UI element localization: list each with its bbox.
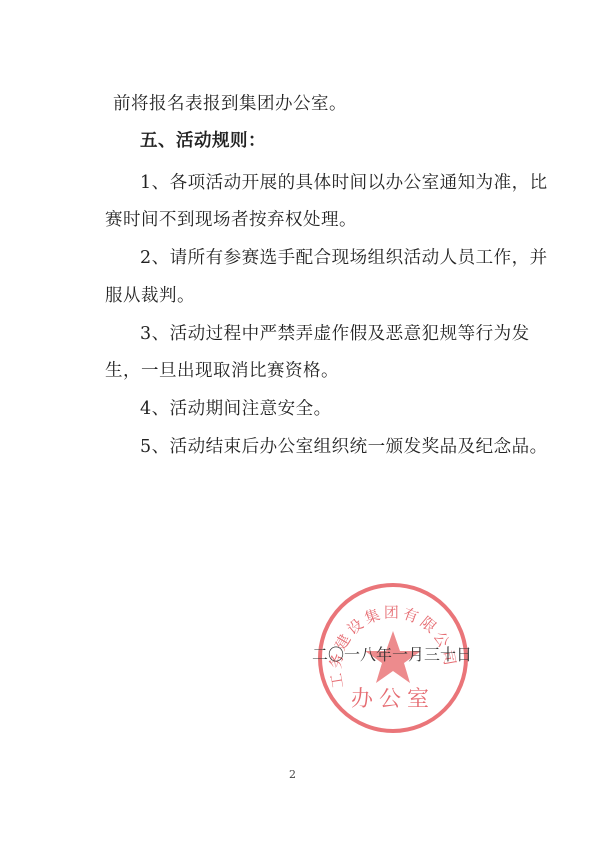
rule-1-line-1: 1、各项活动开展的具体时间以办公室通知为准，比 (140, 169, 548, 194)
seal-center-text: 办公室 (322, 682, 464, 713)
rule-1-line-2: 赛时间不到现场者按弃权处理。 (105, 206, 357, 231)
section-heading: 五、活动规则： (140, 127, 266, 152)
rule-3-line-2: 生，一旦出现取消比赛资格。 (105, 357, 339, 382)
page-number: 2 (289, 768, 296, 781)
rule-2-line-2: 服从裁判。 (105, 282, 195, 307)
rule-5: 5、活动结束后办公室组织统一颁发奖品及纪念品。 (140, 433, 548, 458)
continuation-text: 前将报名表报到集团办公室。 (113, 90, 347, 115)
rule-3-line-1: 3、活动过程中严禁弄虚作假及恶意犯规等行为发 (140, 320, 530, 345)
issue-date: 二〇一八年一月三十日 (312, 642, 472, 665)
rule-4: 4、活动期间注意安全。 (140, 395, 332, 420)
rule-2-line-1: 2、请所有参赛选手配合现场组织活动人员工作，并 (140, 244, 548, 269)
